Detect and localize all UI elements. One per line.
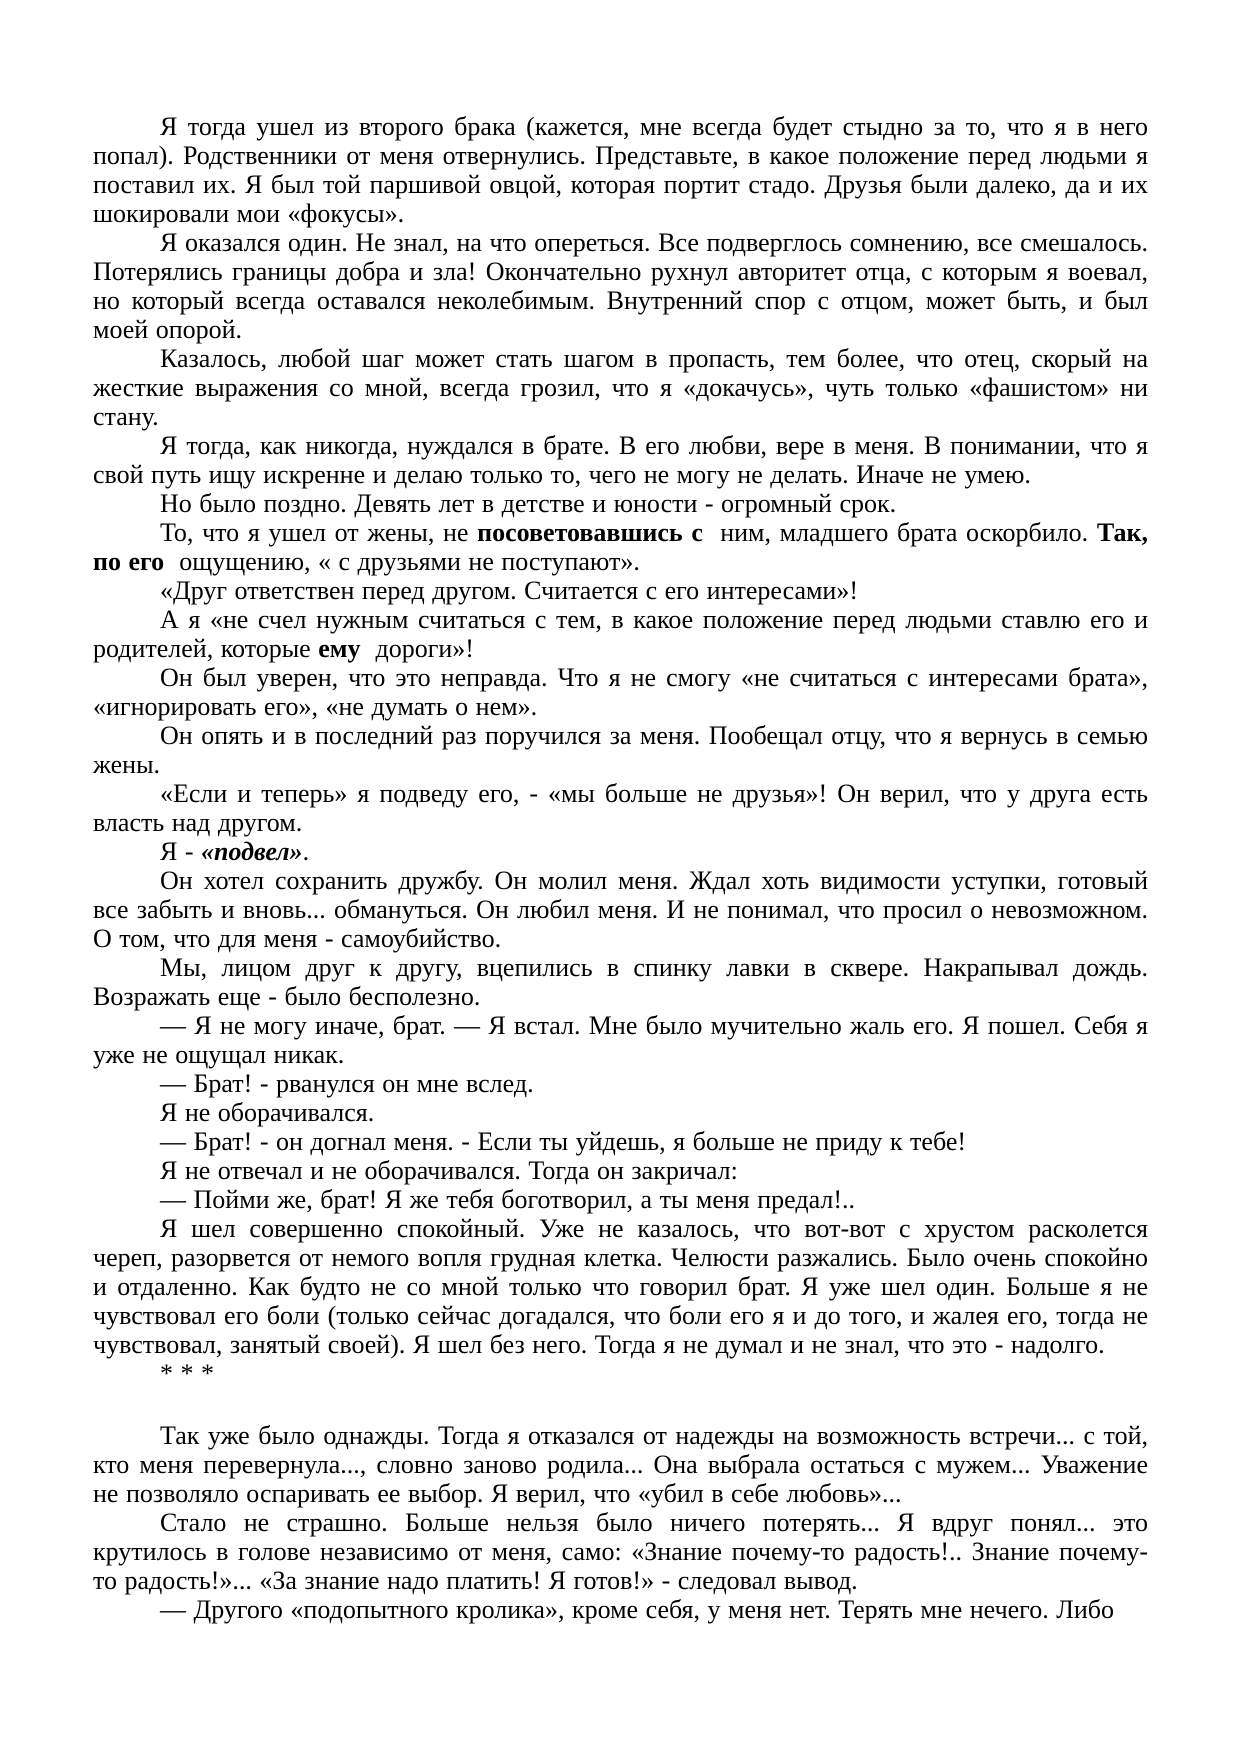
text-run: Казалось, любой шаг может стать шагом в … (93, 344, 1148, 431)
paragraph: Я не отвечал и не оборачивался. Тогда он… (93, 1156, 1148, 1185)
text-run: — Брат! - рванулся он мне вслед. (160, 1069, 534, 1098)
text-run: ощущению, « с друзьями не поступают». (164, 547, 640, 576)
paragraph: Он опять и в последний раз поручился за … (93, 721, 1148, 779)
document-body: Я тогда ушел из второго брака (кажется, … (93, 112, 1148, 1624)
paragraph: Казалось, любой шаг может стать шагом в … (93, 344, 1148, 431)
text-run: ему (318, 634, 360, 663)
paragraph: Он хотел сохранить дружбу. Он молил меня… (93, 866, 1148, 953)
paragraph: — Я не могу иначе, брат. — Я встал. Мне … (93, 1011, 1148, 1069)
text-run: посоветовавшись с (477, 518, 703, 547)
text-run: А я «не счел нужным считаться с тем, в к… (93, 605, 1148, 663)
text-run: Я - (160, 837, 201, 866)
paragraph: Я не оборачивался. (93, 1098, 1148, 1127)
paragraph: — Другого «подопытного кролика», кроме с… (93, 1595, 1148, 1624)
paragraph: — Брат! - рванулся он мне вслед. (93, 1069, 1148, 1098)
paragraph: Я - «подвел». (93, 837, 1148, 866)
paragraph: Я тогда ушел из второго брака (кажется, … (93, 112, 1148, 228)
paragraph: Так уже было однажды. Тогда я отказался … (93, 1421, 1148, 1508)
text-run: «Друг ответствен перед другом. Считается… (160, 576, 858, 605)
text-run: Я тогда ушел из второго брака (кажется, … (93, 112, 1148, 228)
text-run: Я оказался один. Не знал, на что опереть… (93, 228, 1148, 344)
document-page: Я тогда ушел из второго брака (кажется, … (0, 0, 1240, 1754)
text-run: «подвел» (201, 837, 303, 866)
text-run: Он опять и в последний раз поручился за … (93, 721, 1148, 779)
text-run: Я шел совершенно спокойный. Уже не казал… (93, 1214, 1148, 1359)
paragraph: Я шел совершенно спокойный. Уже не казал… (93, 1214, 1148, 1359)
text-run: дороги»! (360, 634, 473, 663)
text-run: Он хотел сохранить дружбу. Он молил меня… (93, 866, 1148, 953)
text-run: — Брат! - он догнал меня. - Если ты уйде… (160, 1127, 966, 1156)
paragraph: А я «не счел нужным считаться с тем, в к… (93, 605, 1148, 663)
text-run: Стало не страшно. Больше нельзя было нич… (93, 1508, 1148, 1595)
text-run: Я тогда, как никогда, нуждался в брате. … (93, 431, 1148, 489)
text-run: Так уже было однажды. Тогда я отказался … (93, 1421, 1148, 1508)
paragraph: Мы, лицом друг к другу, вцепились в спин… (93, 953, 1148, 1011)
paragraph: Но было поздно. Девять лет в детстве и ю… (93, 489, 1148, 518)
text-run: «Если и теперь» я подведу его, - «мы бол… (93, 779, 1148, 837)
paragraph: — Пойми же, брат! Я же тебя боготворил, … (93, 1185, 1148, 1214)
text-run: — Другого «подопытного кролика», кроме с… (160, 1595, 1114, 1624)
paragraph: То, что я ушел от жены, не посоветовавши… (93, 518, 1148, 576)
paragraph: Он был уверен, что это неправда. Что я н… (93, 663, 1148, 721)
text-run: То, что я ушел от жены, не (160, 518, 477, 547)
text-run: Я не отвечал и не оборачивался. Тогда он… (160, 1156, 738, 1185)
text-run: — Я не могу иначе, брат. — Я встал. Мне … (93, 1011, 1148, 1069)
text-run: — Пойми же, брат! Я же тебя боготворил, … (160, 1185, 855, 1214)
text-run: * * * (160, 1359, 214, 1388)
paragraph: Я тогда, как никогда, нуждался в брате. … (93, 431, 1148, 489)
text-run: Но было поздно. Девять лет в детстве и ю… (160, 489, 896, 518)
paragraph: Я оказался один. Не знал, на что опереть… (93, 228, 1148, 344)
text-run: . (303, 837, 310, 866)
paragraph: «Друг ответствен перед другом. Считается… (93, 576, 1148, 605)
paragraph: — Брат! - он догнал меня. - Если ты уйде… (93, 1127, 1148, 1156)
section-separator: * * * (93, 1359, 1148, 1388)
paragraph: «Если и теперь» я подведу его, - «мы бол… (93, 779, 1148, 837)
text-run: ним, младшего брата оскорбило. (703, 518, 1097, 547)
text-run: Мы, лицом друг к другу, вцепились в спин… (93, 953, 1148, 1011)
paragraph: Стало не страшно. Больше нельзя было нич… (93, 1508, 1148, 1595)
text-run: Он был уверен, что это неправда. Что я н… (93, 663, 1148, 721)
text-run: Я не оборачивался. (160, 1098, 374, 1127)
